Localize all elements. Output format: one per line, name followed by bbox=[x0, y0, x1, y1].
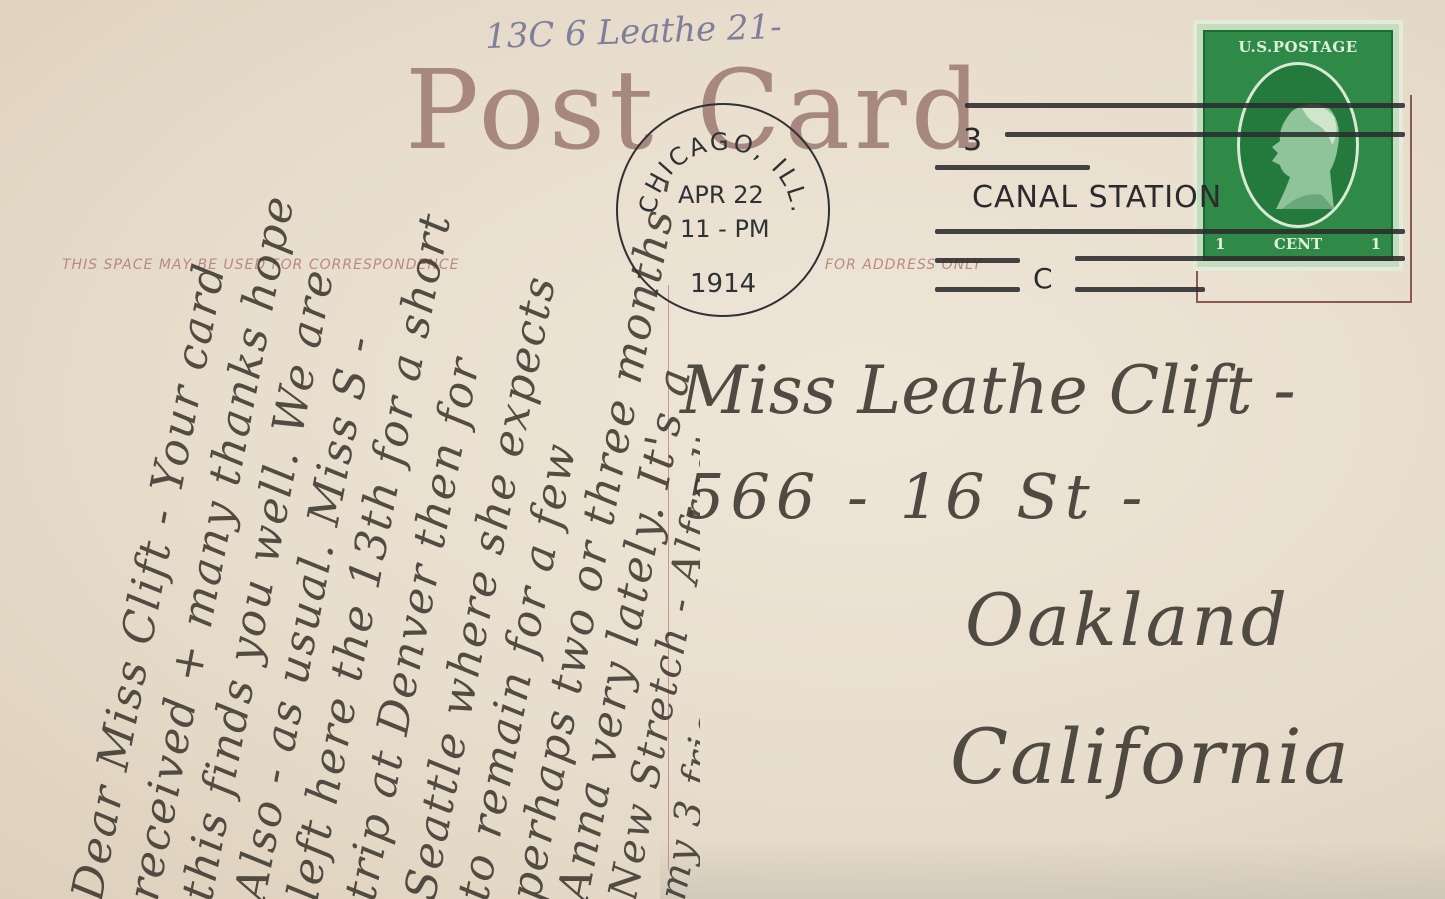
denomination-left: 1 bbox=[1215, 235, 1225, 253]
denomination-text: CENT bbox=[1274, 235, 1322, 253]
address-recipient: Miss Leathe Clift - bbox=[680, 352, 1296, 429]
handwritten-message: Dear Miss Clift - Your card received + m… bbox=[0, 0, 700, 899]
postmark-year: 1914 bbox=[690, 269, 756, 299]
address-street: 566 - 16 St - bbox=[685, 460, 1148, 533]
stamp-denomination: 1 CENT 1 bbox=[1205, 235, 1391, 253]
cancel-bar bbox=[1075, 287, 1205, 292]
address-state: California bbox=[950, 712, 1351, 801]
cancel-bar bbox=[935, 165, 1090, 170]
circular-postmark: CHICAGO, ILL. APR 22 11 - PM 1914 bbox=[616, 103, 830, 317]
washington-portrait-icon bbox=[1262, 91, 1344, 211]
postmark-time: 11 - PM bbox=[680, 215, 770, 243]
cancel-number: 3 bbox=[963, 123, 982, 158]
postcard-back: 13C 6 Leathe 21- Post Card THIS SPACE MA… bbox=[0, 0, 1445, 899]
cancel-letter: C bbox=[1033, 262, 1053, 295]
cancel-bar bbox=[1005, 132, 1405, 137]
denomination-right: 1 bbox=[1371, 235, 1381, 253]
paper-shadow bbox=[660, 840, 1445, 899]
stamp-header: U.S.POSTAGE bbox=[1205, 38, 1391, 56]
stamp-frame: U.S.POSTAGE 1 CENT 1 bbox=[1203, 30, 1393, 261]
cancel-station: CANAL STATION bbox=[972, 180, 1222, 215]
cancel-bar bbox=[1075, 256, 1405, 261]
cancel-bar bbox=[965, 103, 1405, 108]
stamp-portrait-oval bbox=[1237, 62, 1359, 228]
cancel-bar bbox=[935, 258, 1020, 263]
postmark-date: APR 22 bbox=[678, 181, 764, 209]
cancel-bar bbox=[935, 287, 1020, 292]
address-city: Oakland bbox=[965, 578, 1290, 662]
cancel-bar bbox=[935, 229, 1405, 234]
